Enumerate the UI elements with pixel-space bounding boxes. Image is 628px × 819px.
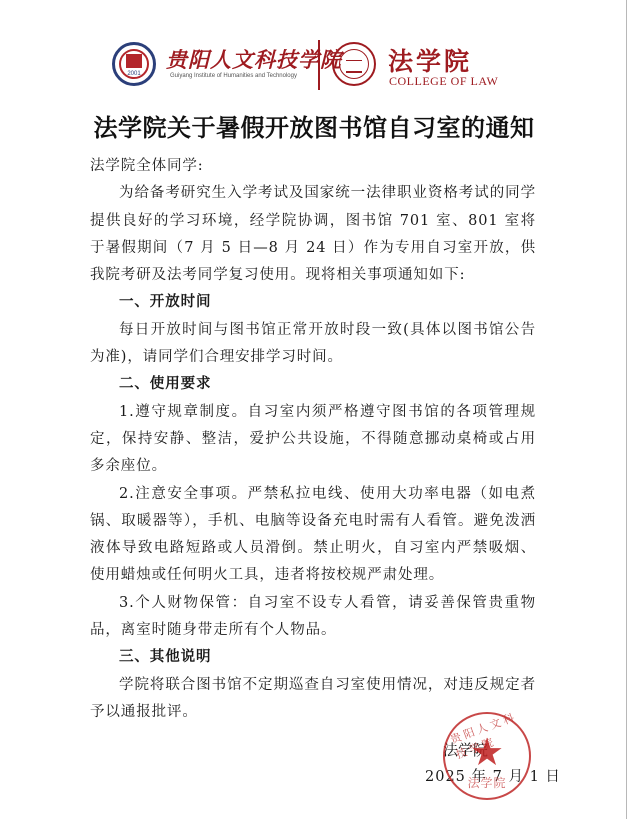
letterhead: 2001 贵阳人文科技学院 Guiyang Institute of Human… (106, 38, 516, 94)
logo-divider (318, 40, 320, 90)
section-paragraph: 2.注意安全事项。严禁私拉电线、使用大功率电器（如电煮锅、取暖器等），手机、电脑… (90, 481, 536, 590)
section-paragraph: 1.遵守规章制度。自习室内须严格遵守图书馆的各项管理规定，保持安静、整洁，爱护公… (90, 399, 536, 481)
college-seal-icon (332, 42, 376, 86)
university-name: 贵阳人文科技学院 (166, 44, 342, 74)
section-heading-usage-rules: 二、使用要求 (90, 371, 536, 398)
document-body: 法学院全体同学: 为给备考研究生入学考试及国家统一法律职业资格考试的同学提供良好… (90, 153, 536, 726)
official-seal-stamp: 贵阳人文科技学院 ★ 法学院 (443, 712, 531, 800)
emblem-mark (126, 54, 142, 68)
section-paragraph: 3.个人财物保管：自习室不设专人看管，请妥善保管贵重物品，离室时随身带走所有个人… (90, 590, 536, 645)
star-icon: ★ (445, 730, 529, 774)
stamp-bottom-text: 法学院 (445, 774, 529, 791)
college-name: 法学院 (388, 42, 472, 78)
scales-of-justice-icon (346, 60, 362, 73)
college-name-en: COLLEGE OF LAW (389, 74, 498, 89)
document-title: 法学院关于暑假开放图书馆自习室的通知 (0, 108, 628, 143)
section-paragraph: 每日开放时间与图书馆正常开放时段一致(具体以图书馆公告为准)，请同学们合理安排学… (90, 317, 536, 372)
university-emblem-icon: 2001 (112, 42, 156, 86)
section-heading-opening-hours: 一、开放时间 (90, 289, 536, 316)
salutation: 法学院全体同学: (90, 153, 536, 180)
university-name-en: Guiyang Institute of Humanities and Tech… (170, 73, 297, 79)
intro-paragraph: 为给备考研究生入学考试及国家统一法律职业资格考试的同学提供良好的学习环境，经学院… (90, 180, 536, 289)
section-heading-other-notes: 三、其他说明 (90, 644, 536, 671)
emblem-year: 2001 (115, 71, 153, 77)
